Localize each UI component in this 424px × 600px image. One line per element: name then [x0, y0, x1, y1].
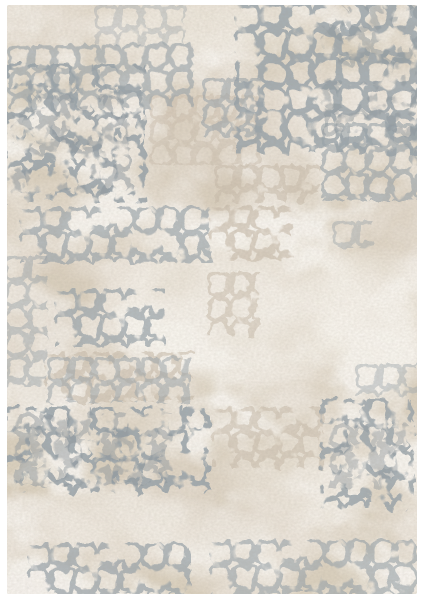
rug-product-photo [0, 0, 424, 600]
pile-grain-texture [7, 5, 417, 594]
rug-image-canvas [0, 0, 424, 600]
rug-area [0, 2, 424, 595]
